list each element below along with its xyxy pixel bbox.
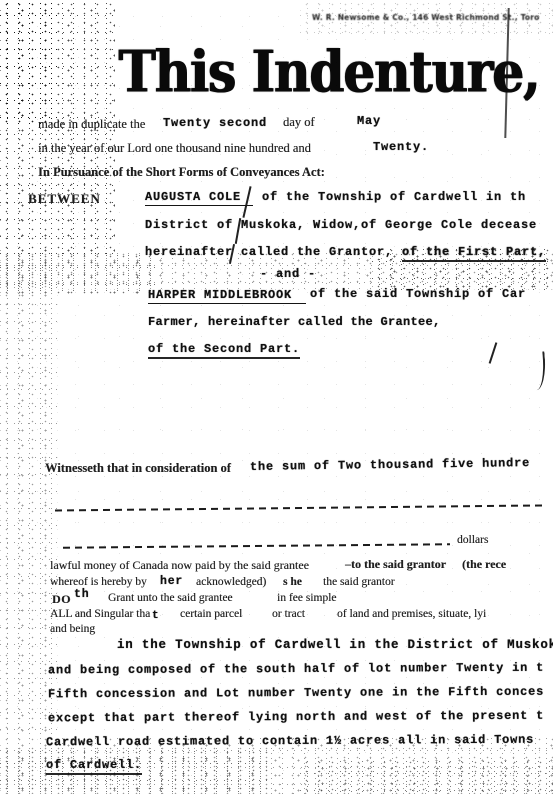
or-tract-clause: or tract <box>272 608 305 620</box>
typed-year-value: Twenty. <box>373 140 429 154</box>
typed-t: t <box>152 610 159 622</box>
land-premises-clause: of land and premises, situate, lyi <box>337 608 486 620</box>
noise-band-bottom-right <box>300 758 553 794</box>
scanned-deed-page: W. R. Newsome & Co., 146 West Richmond S… <box>0 0 553 794</box>
second-part-designation: of the Second Part. <box>148 342 300 359</box>
printer-imprint: W. R. Newsome & Co., 146 West Richmond S… <box>312 13 540 22</box>
grantor-name: AUGUSTA COLE <box>145 190 253 206</box>
grant-clause: Grant unto the said grantee <box>108 592 233 604</box>
all-singular-clause: ALL and Singular tha <box>50 608 150 620</box>
year-line-label: in the year of our Lord one thousand nin… <box>38 141 311 156</box>
land-description-line-3: Fifth concession and Lot number Twenty o… <box>48 685 544 702</box>
land-description-line-5: Cardwell road estimated to contain 1½ ac… <box>46 733 534 750</box>
acknowledged-clause: acknowledged) <box>196 576 266 588</box>
land-description-line-2: and being composed of the south half of … <box>48 661 544 678</box>
grantee-residence: of the said Township of Car <box>310 287 526 301</box>
dollars-label: dollars <box>457 534 488 546</box>
typed-th-superscript: th <box>74 588 89 601</box>
made-in-duplicate-label: made in duplicate the <box>38 117 145 132</box>
fill-line-1 <box>55 504 543 511</box>
to-grantor-clause: –to the said grantor <box>345 557 446 572</box>
consideration-amount: the sum of Two thousand five hundre <box>250 456 530 474</box>
noise-band-middle-left <box>0 252 155 294</box>
and-being-clause: and being <box>50 623 95 635</box>
grantor-details: District of Muskoka, Widow,of George Col… <box>145 218 537 232</box>
deed-title: This Indenture, <box>118 38 539 105</box>
pen-mark-right <box>489 342 498 364</box>
s-he-clause: s he <box>283 576 302 588</box>
noise-patch-top-left-corner <box>0 0 58 125</box>
first-part-designation: of the First Part, <box>402 245 546 262</box>
grantee-details: Farmer, hereinafter called the Grantee, <box>148 315 441 329</box>
land-description-line-4: except that part thereof lying north and… <box>48 709 544 726</box>
receipt-open-clause: (the rece <box>462 557 506 572</box>
land-description-line-1: in the Township of Cardwell in the Distr… <box>117 638 553 652</box>
grantor-hereinafter: hereinafter called the Grantor, <box>145 245 393 259</box>
pursuance-clause: In Pursuance of the Short Forms of Conve… <box>38 165 325 180</box>
day-of-label: day of <box>283 115 315 130</box>
do-label: DO <box>52 592 71 607</box>
fill-line-2 <box>63 543 450 548</box>
said-grantor-clause: the said grantor <box>323 576 395 588</box>
whereof-clause: whereof is hereby by <box>50 576 147 588</box>
land-description-line-6: of Cardwell. <box>46 758 142 775</box>
typed-month-value: May <box>357 114 381 128</box>
lawful-money-clause: lawful money of Canada now paid by the s… <box>50 558 309 573</box>
grantor-residence: of the Township of Cardwell in th <box>262 190 526 204</box>
typed-her: her <box>160 575 183 588</box>
party-separator: - and - <box>260 267 316 281</box>
fee-simple-clause: in fee simple <box>277 592 336 604</box>
between-label: BETWEEN <box>28 191 101 207</box>
grantee-name: HARPER MIDDLEBROOK <box>148 288 306 304</box>
certain-parcel-clause: certain parcel <box>180 608 242 620</box>
pen-arc-right <box>528 351 547 390</box>
typed-day-value: Twenty second <box>163 116 267 130</box>
witnesseth-clause: Witnesseth that in consideration of <box>45 461 231 476</box>
